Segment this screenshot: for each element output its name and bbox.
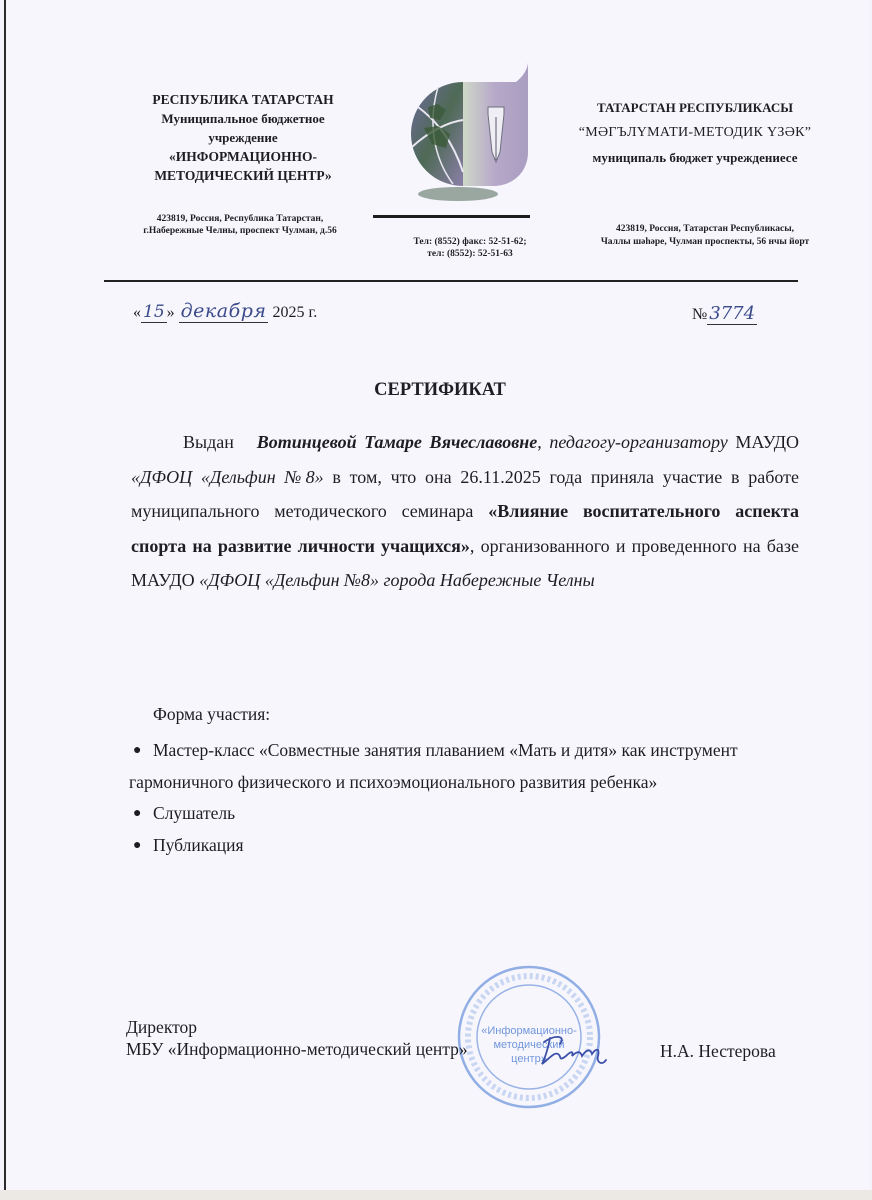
logo-divider xyxy=(373,215,530,218)
header-phone-block: Тел: (8552) факс: 52-51-62; тел: (8552):… xyxy=(380,236,560,260)
header-right-line: “МӘГЪЛҮМАТИ-МЕТОДИК ҮЗӘК” xyxy=(565,120,825,145)
document-date: «15» декабря 2025 г. xyxy=(133,300,317,322)
quote-close: » xyxy=(167,304,175,321)
header-right-address: 423819, Россия, Татарстан Республикасы, … xyxy=(570,223,840,249)
signer-name: Н.А. Нестерова xyxy=(660,1041,776,1062)
handwritten-day: 15 xyxy=(141,302,167,323)
header-left-line: «ИНФОРМАЦИОННО- xyxy=(118,147,368,166)
header-divider xyxy=(104,280,798,282)
handwritten-number: 3774 xyxy=(707,303,757,325)
registration-number: №3774 xyxy=(692,303,757,324)
list-item-text: Слушатель xyxy=(153,803,235,823)
position-title: Директор xyxy=(126,1016,468,1038)
header-right-line: муниципаль бюджет учреждениесе xyxy=(565,145,825,170)
recipient-position: педагогу-организатору xyxy=(549,432,727,452)
address-line: г.Набережные Челны, проспект Чулман, д.5… xyxy=(110,225,370,237)
list-item-text: Мастер-класс «Совместные занятия плавани… xyxy=(129,740,738,792)
bullet-icon: ● xyxy=(133,830,141,862)
participation-list: ●Мастер-класс «Совместные занятия плаван… xyxy=(129,735,809,861)
handwritten-month: декабря xyxy=(179,300,269,323)
list-item: ●Публикация xyxy=(129,830,809,862)
header-left-line: МЕТОДИЧЕСКИЙ ЦЕНТР» xyxy=(118,166,368,185)
org-prefix: МАУДО xyxy=(735,432,799,452)
page-bottom-edge xyxy=(0,1190,872,1200)
bullet-icon: ● xyxy=(133,798,141,830)
punctuation: , xyxy=(537,432,542,452)
list-item-text: Публикация xyxy=(153,835,244,855)
position-org: МБУ «Информационно-методический центр» xyxy=(126,1038,468,1060)
number-label: № xyxy=(692,306,707,323)
header-right-org-block: ТАТАРСТАН РЕСПУБЛИКАСЫ “МӘГЪЛҮМАТИ-МЕТОД… xyxy=(565,95,825,170)
list-item: ●Слушатель xyxy=(129,798,809,830)
date-year: 2025 г. xyxy=(272,304,317,321)
globe-pen-logo-icon xyxy=(398,62,528,207)
phone-line: тел: (8552): 52-51-63 xyxy=(380,248,560,260)
header-left-org-block: РЕСПУБЛИКА ТАТАРСТАН Муниципальное бюдже… xyxy=(118,90,368,185)
host-org: «ДФОЦ «Дельфин №8» города Набережные Чел… xyxy=(199,570,595,590)
header-left-line: Муниципальное бюджетное xyxy=(118,109,368,128)
handwritten-signature-icon xyxy=(536,1030,616,1070)
recipient-name: Вотинцевой Тамаре Вячеславовне xyxy=(257,432,537,452)
signer-position: Директор МБУ «Информационно-методический… xyxy=(126,1016,468,1060)
address-line: 423819, Россия, Республика Татарстан, xyxy=(110,213,370,225)
issued-label: Выдан xyxy=(183,432,234,452)
certificate-body: Выдан Вотинцевой Тамаре Вячеславовне, пе… xyxy=(131,425,799,598)
recipient-org: «ДФОЦ «Дельфин №8» xyxy=(131,467,324,487)
participation-label: Форма участия: xyxy=(153,704,270,725)
quote-open: « xyxy=(133,304,141,321)
header-left-line: учреждение xyxy=(118,128,368,147)
bullet-icon: ● xyxy=(133,735,141,767)
header-right-line: ТАТАРСТАН РЕСПУБЛИКАСЫ xyxy=(565,95,825,120)
address-line: Чаллы шәһәре, Чулман проспекты, 56 нчы й… xyxy=(570,236,840,249)
header-left-line: РЕСПУБЛИКА ТАТАРСТАН xyxy=(118,90,368,109)
document-title: СЕРТИФИКАТ xyxy=(0,380,872,401)
list-item: ●Мастер-класс «Совместные занятия плаван… xyxy=(129,735,809,798)
phone-line: Тел: (8552) факс: 52-51-62; xyxy=(380,236,560,248)
address-line: 423819, Россия, Татарстан Республикасы, xyxy=(570,223,840,236)
header-left-address: 423819, Россия, Республика Татарстан, г.… xyxy=(110,213,370,237)
